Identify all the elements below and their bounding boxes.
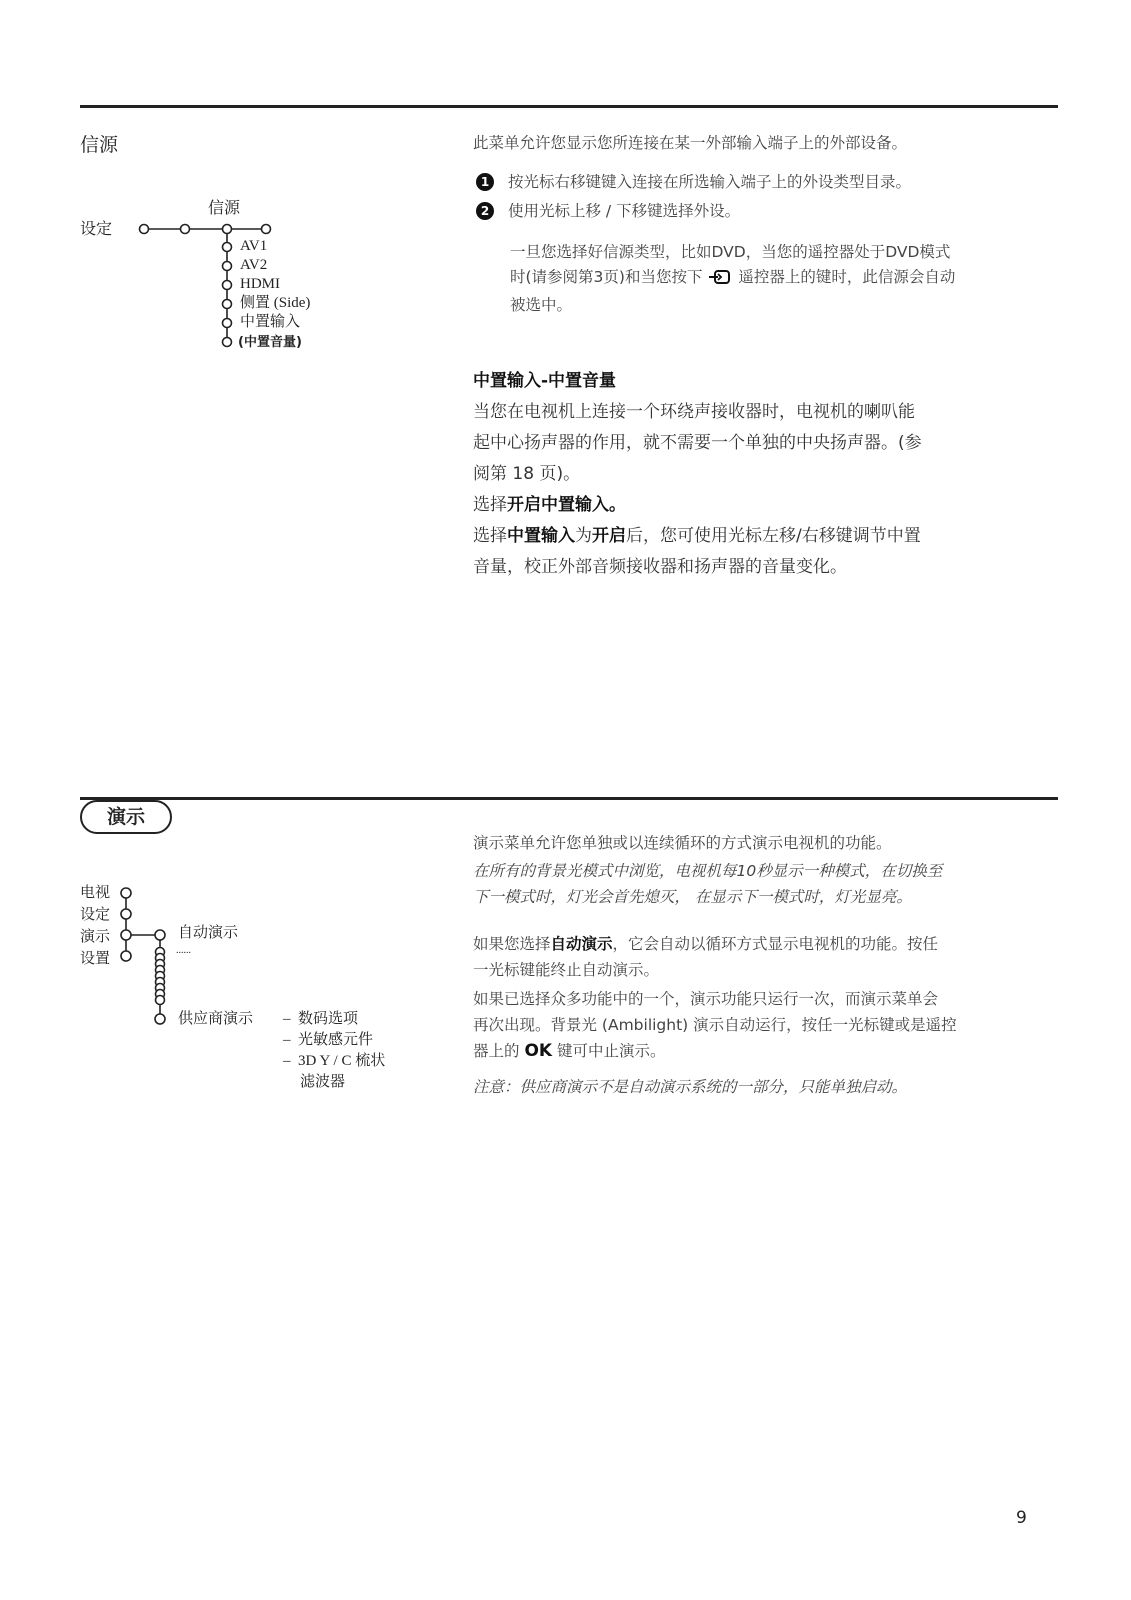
demo-auto-paragraph: 如果您选择自动演示，它会自动以循环方式显示电视机的功能。按任 一光标键能终止自动… xyxy=(473,931,938,983)
source-intro: 此菜单允许您显示您所连接在某一外部输入端子上的外部设备。 xyxy=(473,130,907,157)
note-line: 被选中。 xyxy=(510,293,1040,318)
tree-root-settings: 设置 xyxy=(80,950,110,969)
tree-root-label: 设定 xyxy=(80,220,112,239)
source-input-key-icon xyxy=(709,268,731,293)
tree-root-tv: 电视 xyxy=(80,884,110,903)
vendor-option-digital: – 数码选项 xyxy=(283,1010,358,1029)
tree-item-center-volume: (中置音量) xyxy=(238,333,302,352)
step-text: 按光标右移键键入连接在所选输入端子上的外设类型目录。 xyxy=(508,173,911,191)
step-text: 使用光标上移 / 下移键选择外设。 xyxy=(508,202,740,220)
subsection-paragraph-1: 当您在电视机上连接一个环绕声接收器时，电视机的喇叭能 起中心扬声器的作用，就不需… xyxy=(473,397,922,583)
tree-branch-label: 信源 xyxy=(208,199,240,218)
ok-key-label: OK xyxy=(524,1041,552,1061)
demo-multi-paragraph: 如果已选择众多功能中的一个，演示功能只运行一次，而演示菜单会 再次出现。背景光 … xyxy=(473,986,957,1064)
step-2: 2使用光标上移 / 下移键选择外设。 xyxy=(476,198,740,225)
select-instruction: 选择开启中置输入。 xyxy=(473,490,922,521)
step-number-badge: 1 xyxy=(476,173,494,191)
demo-intro: 演示菜单允许您单独或以连续循环的方式演示电视机的功能。 xyxy=(473,830,892,857)
section-title-source: 信源 xyxy=(80,130,118,157)
tree-item-hdmi: HDMI xyxy=(240,275,280,294)
tree-item-av1: AV1 xyxy=(240,237,267,256)
vendor-option-comb-filter: – 3D Y / C 梳状 xyxy=(283,1052,385,1071)
dash: – xyxy=(283,1053,298,1069)
tree-item-vendor-demo: 供应商演示 xyxy=(178,1010,253,1029)
top-divider xyxy=(80,105,1058,108)
demo-divider xyxy=(80,797,1058,800)
dash: – xyxy=(283,1011,298,1027)
vendor-option-light-sensor: – 光敏感元件 xyxy=(283,1031,373,1050)
step-1: 1按光标右移键键入连接在所选输入端子上的外设类型目录。 xyxy=(476,169,911,196)
source-menu-tree-diagram xyxy=(135,222,335,362)
demo-ambilight-italic: 在所有的背景光模式中浏览，电视机每10秒显示一种模式，在切换至 下一模式时，灯光… xyxy=(473,858,942,910)
tree-root-setup: 设定 xyxy=(80,906,110,925)
section-title-demo: 演示 xyxy=(80,800,172,834)
tree-item-center-input: 中置输入 xyxy=(240,313,300,332)
tree-item-av2: AV2 xyxy=(240,256,267,275)
tree-root-demo: 演示 xyxy=(80,928,110,947)
vendor-option-comb-filter-cont: 滤波器 xyxy=(300,1073,345,1092)
adjust-instruction: 选择中置输入为开启后，您可使用光标左移/右移键调节中置 xyxy=(473,521,922,552)
source-note: 一旦您选择好信源类型，比如DVD，当您的遥控器处于DVD模式 时(请参阅第3页)… xyxy=(510,240,1040,318)
note-line: 一旦您选择好信源类型，比如DVD，当您的遥控器处于DVD模式 xyxy=(510,240,1040,265)
step-number-badge: 2 xyxy=(476,202,494,220)
demo-note: 注意：供应商演示不是自动演示系统的一部分，只能单独启动。 xyxy=(473,1074,907,1101)
note-line: 时(请参阅第3页)和当您按下 遥控器上的键时，此信源会自动 xyxy=(510,265,1040,293)
subsection-title: 中置输入-中置音量 xyxy=(473,366,616,391)
page-number: 9 xyxy=(1016,1508,1027,1528)
dash: – xyxy=(283,1032,298,1048)
tree-item-side: 侧置 (Side) xyxy=(240,294,310,313)
tree-item-ellipsis: ...... xyxy=(176,941,191,960)
